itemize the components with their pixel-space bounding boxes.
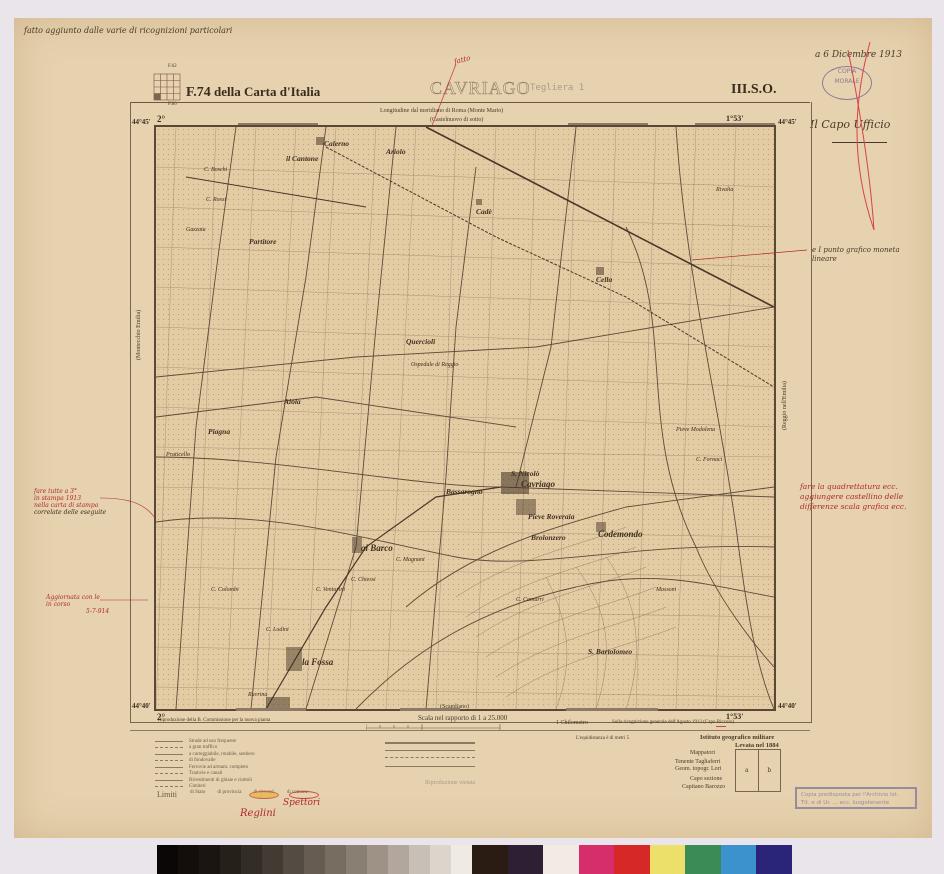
surveyor-1: Tenente Tagliaferri bbox=[675, 759, 721, 765]
legend-label: di fondovalle bbox=[189, 758, 216, 763]
color-swatch bbox=[614, 845, 650, 874]
red-leader-line-left-2 bbox=[100, 596, 150, 606]
gray-swatch bbox=[430, 845, 451, 874]
place-label: Cadè bbox=[476, 207, 492, 216]
place-label: C. Boschi bbox=[204, 167, 227, 173]
place-label: Ariolo bbox=[386, 147, 406, 156]
scale-text: Scala nel rapporto di 1 a 25.000 bbox=[418, 714, 507, 722]
color-swatch bbox=[543, 845, 579, 874]
scale-unit: 1 Chilometro bbox=[556, 720, 588, 726]
place-label: Rivalta bbox=[716, 187, 733, 193]
place-label: Aiola bbox=[284, 397, 301, 406]
right-note-1: e I punto grafico moneta lineare bbox=[812, 246, 902, 264]
red-leader-line bbox=[692, 246, 812, 266]
place-label: Cella bbox=[596, 275, 612, 284]
place-label: C. Fornaci bbox=[696, 457, 722, 463]
legend-label: a gran traffico bbox=[189, 745, 217, 750]
frame-bottom-bar bbox=[400, 708, 460, 711]
frame-bottom-bar bbox=[566, 708, 658, 711]
update-year-underline bbox=[716, 726, 726, 727]
color-swatch bbox=[756, 845, 792, 874]
reproduction-note: Riproduzione vietata bbox=[425, 780, 475, 786]
scale-bar-graphic bbox=[366, 722, 506, 736]
sheet-index-grid-icon bbox=[150, 70, 184, 104]
sheet-title-left: F.74 della Carta d'Italia bbox=[186, 84, 320, 101]
highlighted-legend-item bbox=[249, 791, 279, 799]
index-label-top: F.62 bbox=[168, 64, 177, 69]
gray-swatch bbox=[283, 845, 304, 874]
gray-swatch bbox=[325, 845, 346, 874]
lat-bottom-left: 44°40' bbox=[132, 702, 151, 710]
left-side-label: (Montecchio Emilia) bbox=[136, 310, 142, 360]
place-label: Massoni bbox=[656, 587, 676, 593]
legend-symbol bbox=[155, 780, 183, 781]
legend-label: Rivestimenti di ghiaie e ciottoli bbox=[189, 778, 252, 783]
legend-label: a carreggiabile, rotabile, sentiero bbox=[189, 752, 255, 757]
gray-swatch bbox=[220, 845, 241, 874]
color-swatch bbox=[579, 845, 615, 874]
lon-top-left: 2° bbox=[157, 114, 165, 124]
right-note-2: fare la quadrettatura ecc. aggiungere ca… bbox=[800, 482, 907, 512]
place-label: Praticello bbox=[166, 452, 190, 458]
red-cross-mark bbox=[840, 40, 890, 240]
gray-swatch bbox=[367, 845, 388, 874]
limit-type: di Stato bbox=[190, 790, 205, 795]
gray-swatch bbox=[178, 845, 199, 874]
institute-name: Istituto geografico militare bbox=[700, 734, 774, 741]
legend-label: Tramvie e canali bbox=[189, 771, 222, 776]
lon-top-right: 1°53' bbox=[726, 114, 743, 123]
update-note: Sulla ricognizione generale dell'Agosto … bbox=[612, 720, 734, 725]
place-label: S. Bartolomeo bbox=[588, 647, 632, 656]
place-label: Gazzata bbox=[186, 227, 206, 233]
lat-top-right: 44°45' bbox=[778, 118, 797, 126]
place-label: Codemondo bbox=[598, 529, 643, 539]
limits-label: Limiti bbox=[157, 790, 177, 799]
legend-block: Strade ad uso frequentea gran trafficoa … bbox=[155, 738, 415, 790]
gray-swatch bbox=[451, 845, 472, 874]
map-linework bbox=[156, 127, 774, 709]
place-label: Pieve Roveraia bbox=[528, 512, 574, 521]
legend-label: Cimiteri bbox=[189, 784, 206, 789]
place-label: Brolonzero bbox=[531, 533, 566, 542]
place-label: al Barco bbox=[361, 543, 393, 553]
footer-rule bbox=[130, 730, 810, 731]
place-label: C. Venturini bbox=[316, 587, 345, 593]
chief-header: Capo sezione bbox=[690, 776, 722, 782]
surveyors-header: Mappatori bbox=[690, 750, 715, 756]
surveyor-2: Geom. topogr. Lori bbox=[675, 766, 721, 772]
legend-symbol bbox=[155, 747, 183, 748]
gray-swatch bbox=[346, 845, 367, 874]
topographic-map[interactable]: Calernoil CantoneArioloCadèPartitoreQuer… bbox=[154, 125, 776, 711]
red-note-reglini: Reglini bbox=[240, 808, 276, 819]
top-handwritten-note: fatto aggiunto dalle varie di ricognizio… bbox=[24, 26, 232, 35]
place-label: Pieve Modolena bbox=[676, 427, 715, 433]
gray-swatch bbox=[241, 845, 262, 874]
legend-symbols bbox=[385, 738, 475, 778]
sub-note: (Castelnuovo di sotto) bbox=[430, 117, 483, 123]
longitude-note: Longitudine dal meridiano di Roma (Monte… bbox=[380, 108, 503, 114]
copy-note: Riproduzione della B. Commissione per la… bbox=[158, 718, 270, 723]
frame-bottom-bar bbox=[236, 708, 306, 711]
right-side-label: (Reggio nell'Emilia) bbox=[782, 381, 788, 430]
survey-box: a b bbox=[735, 749, 781, 792]
legend-symbol bbox=[155, 741, 183, 742]
place-label: C. Magnani bbox=[396, 557, 425, 563]
place-label: Partitore bbox=[249, 237, 277, 246]
color-calibration-bar bbox=[157, 845, 792, 874]
legend-symbol bbox=[155, 754, 183, 755]
place-label: S. Nicolò bbox=[511, 469, 539, 478]
left-note-1: fare tutte a 3° in stampa 1913 nella car… bbox=[34, 488, 106, 516]
color-swatch bbox=[650, 845, 686, 874]
color-swatch bbox=[685, 845, 721, 874]
gray-swatch bbox=[199, 845, 220, 874]
place-label: il Cantone bbox=[286, 154, 318, 163]
legend-symbol bbox=[155, 767, 183, 768]
title-stamp: Tegliera 1 bbox=[530, 83, 584, 93]
legend-symbol bbox=[155, 760, 183, 761]
gray-swatch bbox=[388, 845, 409, 874]
limit-type: di provincia bbox=[217, 790, 241, 795]
place-label: C. Colombi bbox=[211, 587, 239, 593]
place-label: Ospedale di Reggio bbox=[411, 362, 458, 368]
lat-top-left: 44°45' bbox=[132, 118, 151, 126]
equidistance-note: L'equidistanza è di metri 5 bbox=[576, 736, 629, 741]
place-label: Quercioli bbox=[406, 337, 435, 346]
red-leader-line-left bbox=[100, 496, 160, 526]
gray-swatch bbox=[157, 845, 178, 874]
color-swatch bbox=[721, 845, 757, 874]
place-label: C. Camurri bbox=[516, 597, 544, 603]
gray-swatch bbox=[262, 845, 283, 874]
archive-stamp: Copia predisposta per l'Archivio Ist. Ti… bbox=[795, 787, 917, 809]
legend-label: Strade ad uso frequente bbox=[189, 739, 236, 744]
red-note-spettori: Spettori bbox=[283, 798, 320, 808]
legend-symbol bbox=[155, 773, 183, 774]
place-label: Bassarogno bbox=[446, 487, 483, 496]
color-swatch bbox=[472, 845, 508, 874]
place-label: C. Rossi bbox=[206, 197, 226, 203]
place-label: Calerno bbox=[324, 139, 349, 148]
legend-symbol bbox=[155, 786, 183, 787]
place-label: C. Lodini bbox=[266, 627, 289, 633]
place-label: Cavriago bbox=[521, 479, 555, 489]
gray-swatch bbox=[409, 845, 430, 874]
gray-swatch bbox=[304, 845, 325, 874]
place-label: Piagna bbox=[208, 427, 230, 436]
place-label: Ruvrina bbox=[248, 692, 267, 698]
survey-year: Levata nel 1884 bbox=[735, 742, 779, 749]
place-label: C. Chiessi bbox=[351, 577, 376, 583]
place-label: la Fossa bbox=[302, 657, 333, 667]
chief-name: Capitano Barozzo bbox=[682, 784, 725, 790]
color-swatch bbox=[508, 845, 544, 874]
quadrant-label: III.S.O. bbox=[731, 82, 777, 98]
legend-label: Ferrovie ad armam. completo bbox=[189, 765, 248, 770]
lat-bottom-right: 44°40' bbox=[778, 702, 797, 710]
